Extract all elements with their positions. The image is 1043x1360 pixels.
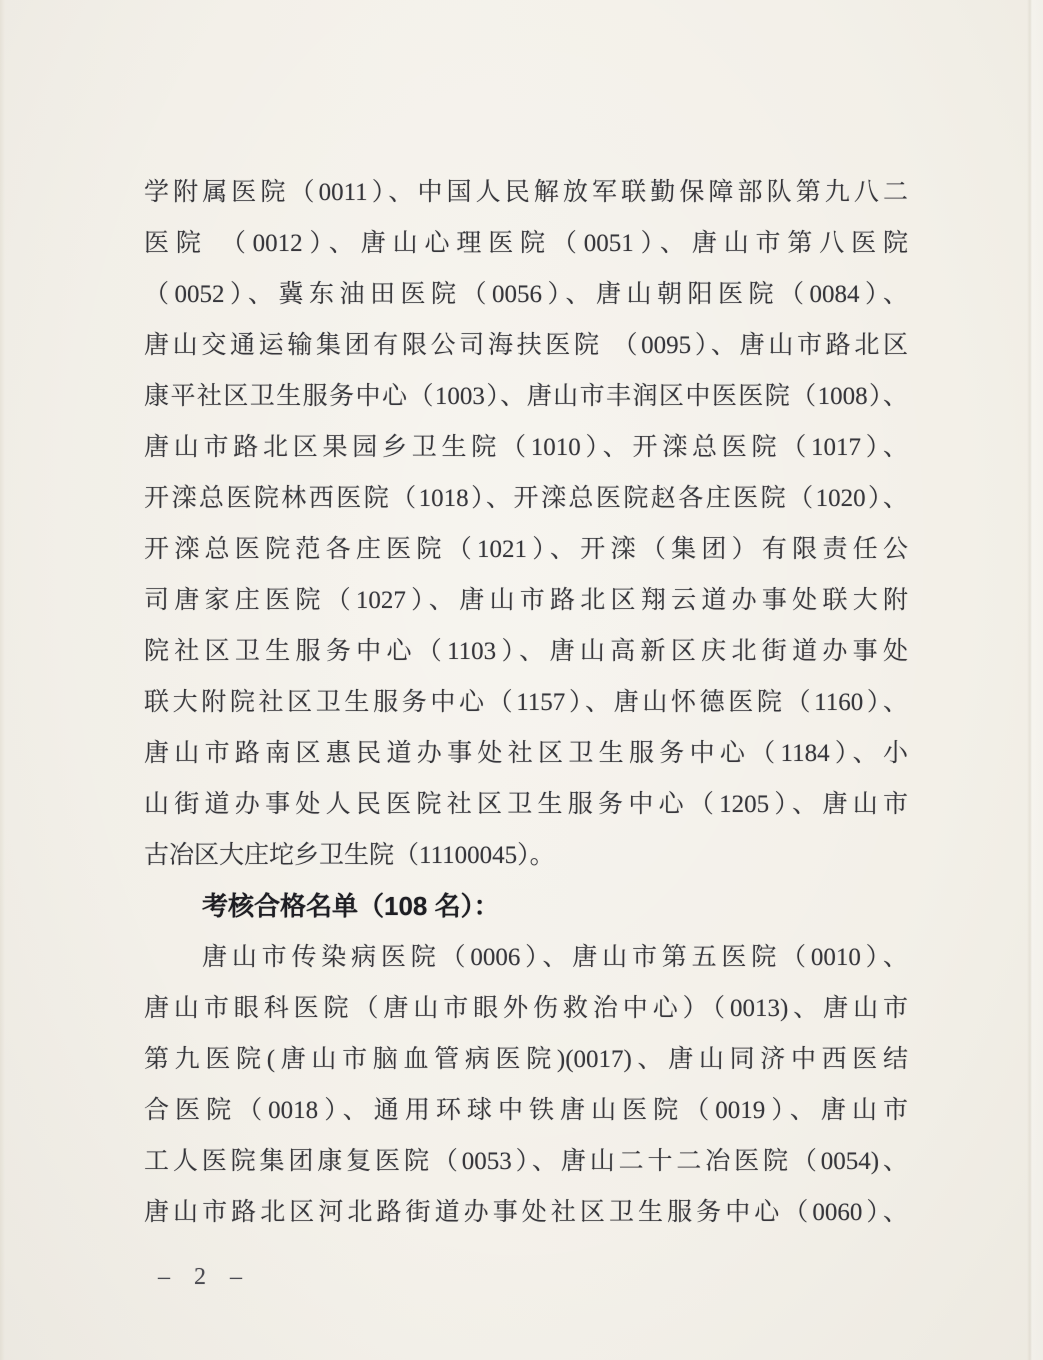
document-line: 唐山市眼科医院（唐山市眼外伤救治中心）（0013)、唐山市 <box>144 983 908 1034</box>
document-line: 开滦总医院林西医院（1018）、开滦总医院赵各庄医院（1020）、 <box>144 473 908 524</box>
document-line: 唐山市路南区惠民道办事处社区卫生服务中心（1184）、小 <box>144 728 908 779</box>
document-line: 工人医院集团康复医院（0053）、唐山二十二冶医院（0054)、 <box>144 1136 908 1187</box>
document-line: 合医院（0018）、通用环球中铁唐山医院（0019）、唐山市 <box>144 1085 908 1136</box>
document-line: 唐山交通运输集团有限公司海扶医院 （0095）、唐山市路北区 <box>144 320 908 371</box>
document-line: （0052）、冀东油田医院（0056）、唐山朝阳医院（0084）、 <box>144 269 908 320</box>
document-line: 唐山市路北区果园乡卫生院（1010）、开滦总医院（1017）、 <box>144 422 908 473</box>
document-line: 联大附院社区卫生服务中心（1157）、唐山怀德医院（1160）、 <box>144 677 908 728</box>
document-line: 唐山市传染病医院（0006）、唐山市第五医院（0010）、 <box>144 932 908 983</box>
document-line: 康平社区卫生服务中心（1003）、唐山市丰润区中医医院（1008）、 <box>144 371 908 422</box>
document-line: 唐山市路北区河北路街道办事处社区卫生服务中心（0060）、 <box>144 1187 908 1238</box>
document-line: 学附属医院（0011）、中国人民解放军联勤保障部队第九八二 <box>144 167 908 218</box>
page-number: – 2 – <box>158 1261 251 1293</box>
document-line: 山街道办事处人民医院社区卫生服务中心（1205）、唐山市 <box>144 779 908 830</box>
scanned-document-page: 学附属医院（0011）、中国人民解放军联勤保障部队第九八二 医院 （0012）、… <box>0 0 1043 1360</box>
document-line: 古冶区大庄坨乡卫生院（11100045）。 <box>144 830 908 881</box>
document-line: 第九医院(唐山市脑血管病医院)(0017)、唐山同济中西医结 <box>144 1034 908 1085</box>
document-line: 司唐家庄医院（1027）、唐山市路北区翔云道办事处联大附 <box>144 575 908 626</box>
section-heading-qualified-list: 考核合格名单（108 名）： <box>144 881 908 932</box>
document-line: 院社区卫生服务中心（1103）、唐山高新区庆北街道办事处 <box>144 626 908 677</box>
document-line: 医院 （0012）、唐山心理医院（0051）、唐山市第八医院 <box>144 218 908 269</box>
document-line: 开滦总医院范各庄医院（1021）、开滦（集团）有限责任公 <box>144 524 908 575</box>
document-body: 学附属医院（0011）、中国人民解放军联勤保障部队第九八二 医院 （0012）、… <box>144 167 908 1238</box>
